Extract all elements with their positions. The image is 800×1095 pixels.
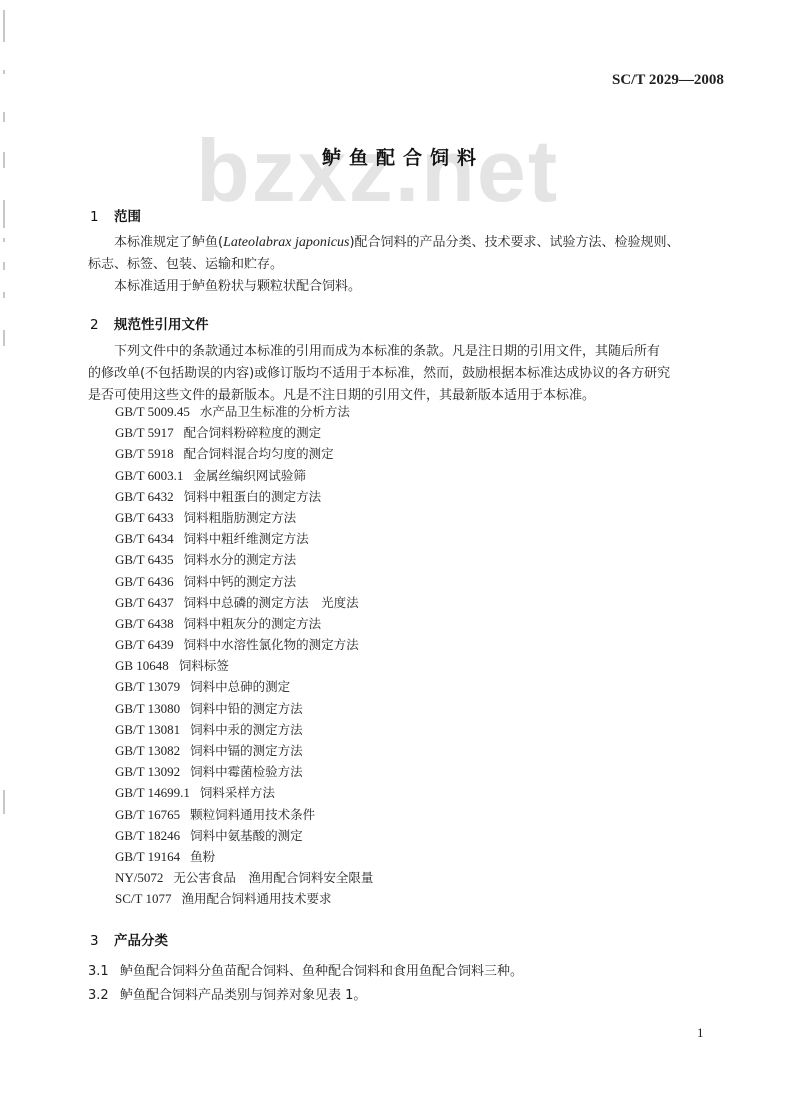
reference-item: GB/T 13082饲料中镉的测定方法	[115, 740, 373, 761]
watermark: bzxz.net	[196, 127, 559, 215]
section-number: 1	[90, 209, 114, 225]
reference-item: SC/T 1077渔用配合饲料通用技术要求	[115, 888, 373, 909]
reference-item: GB/T 13080饲料中铅的测定方法	[115, 698, 373, 719]
reference-item: GB/T 5918配合饲料混合均匀度的测定	[115, 443, 373, 464]
clause-3-2: 3.2鲈鱼配合饲料产品类别与饲养对象见表 1。	[88, 984, 366, 1003]
section-title: 产品分类	[114, 933, 168, 949]
clause-text: 鲈鱼配合饲料分鱼苗配合饲料、鱼种配合饲料和食用鱼配合饲料三种。	[120, 964, 523, 979]
reference-item: GB/T 6434饲料中粗纤维测定方法	[115, 528, 373, 549]
clause-text: 鲈鱼配合饲料产品类别与饲养对象见表 1。	[120, 988, 366, 1003]
reference-item: GB 10648饲料标签	[115, 655, 373, 676]
reference-item: GB/T 6439饲料中水溶性氯化物的测定方法	[115, 634, 373, 655]
standard-code: SC/T 2029—2008	[612, 72, 724, 89]
reference-item: GB/T 13092饲料中霉菌检验方法	[115, 761, 373, 782]
reference-item: NY/5072无公害食品 渔用配合饲料安全限量	[115, 867, 373, 888]
reference-list: GB/T 5009.45水产品卫生标准的分析方法 GB/T 5917配合饲料粉碎…	[115, 401, 373, 910]
reference-item: GB/T 6438饲料中粗灰分的测定方法	[115, 613, 373, 634]
references-intro: 下列文件中的条款通过本标准的引用而成为本标准的条款。凡是注日期的引用文件，其随后…	[88, 341, 728, 407]
section-heading-product-classification: 3产品分类	[90, 929, 168, 949]
clause-number: 3.2	[88, 988, 120, 1003]
section-number: 3	[90, 933, 114, 949]
reference-item: GB/T 6433饲料粗脂肪测定方法	[115, 507, 373, 528]
scope-paragraph-2: 本标准适用于鲈鱼粉状与颗粒状配合饲料。	[88, 276, 728, 298]
reference-item: GB/T 6003.1金属丝编织网试验筛	[115, 465, 373, 486]
reference-item: GB/T 13079饲料中总砷的测定	[115, 676, 373, 697]
clause-number: 3.1	[88, 964, 120, 979]
section-heading-normative-references: 2规范性引用文件	[90, 313, 209, 333]
reference-item: GB/T 5009.45水产品卫生标准的分析方法	[115, 401, 373, 422]
reference-item: GB/T 18246饲料中氨基酸的测定	[115, 825, 373, 846]
section-title: 范围	[114, 209, 141, 225]
reference-item: GB/T 6435饲料水分的测定方法	[115, 549, 373, 570]
reference-item: GB/T 5917配合饲料粉碎粒度的测定	[115, 422, 373, 443]
reference-item: GB/T 6436饲料中钙的测定方法	[115, 571, 373, 592]
section-title: 规范性引用文件	[114, 317, 209, 333]
page-number: 1	[697, 1025, 704, 1041]
reference-item: GB/T 13081饲料中汞的测定方法	[115, 719, 373, 740]
reference-item: GB/T 6432饲料中粗蛋白的测定方法	[115, 486, 373, 507]
reference-item: GB/T 19164鱼粉	[115, 846, 373, 867]
document-title: 鲈鱼配合饲料	[322, 143, 484, 170]
scope-paragraph-1: 本标准规定了鲈鱼(Lateolabrax japonicus)配合饲料的产品分类…	[88, 232, 728, 276]
section-heading-scope: 1范围	[90, 205, 141, 225]
reference-item: GB/T 14699.1饲料采样方法	[115, 782, 373, 803]
reference-item: GB/T 16765颗粒饲料通用技术条件	[115, 804, 373, 825]
latin-species-name: Lateolabrax japonicus	[223, 235, 349, 250]
scan-edge-artifacts	[0, 0, 14, 1095]
section-number: 2	[90, 317, 114, 333]
reference-item: GB/T 6437饲料中总磷的测定方法 光度法	[115, 592, 373, 613]
clause-3-1: 3.1鲈鱼配合饲料分鱼苗配合饲料、鱼种配合饲料和食用鱼配合饲料三种。	[88, 960, 523, 979]
